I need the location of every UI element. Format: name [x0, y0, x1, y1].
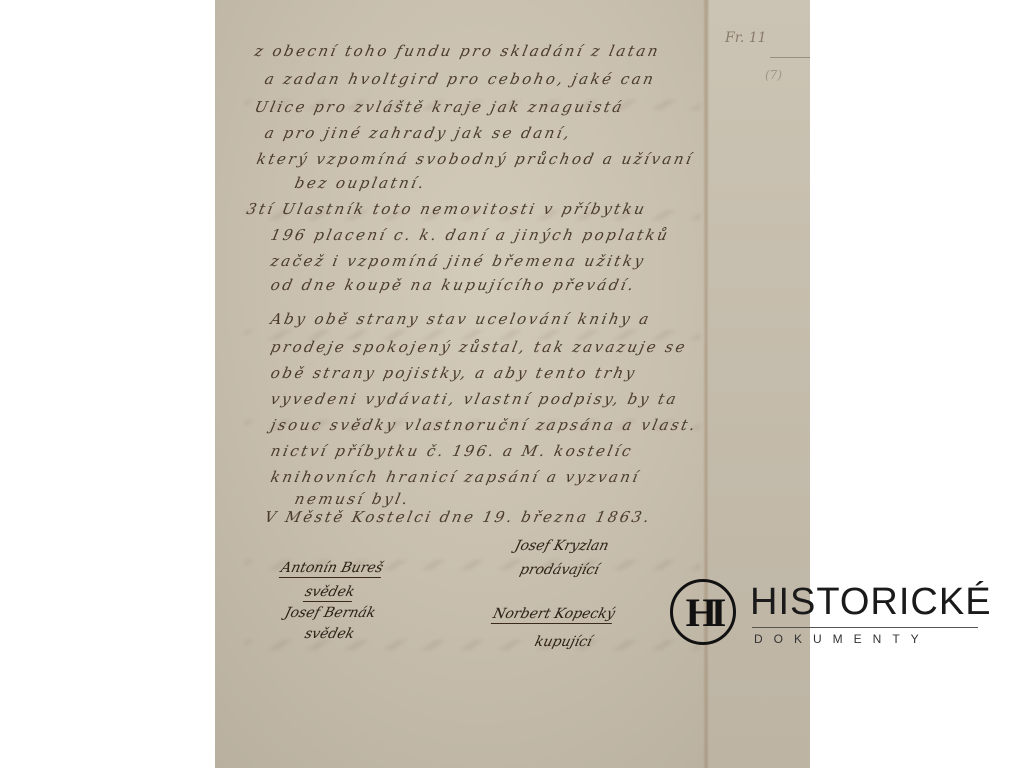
manuscript-line: bez ouplatní. — [293, 174, 747, 192]
manuscript-line: nictví příbytku č. 196. a M. kostelíc — [269, 442, 723, 460]
manuscript-line: vyvedeni vydávati, vlastní podpisy, by t… — [269, 390, 723, 408]
margin-note: Fr. 11 — [725, 30, 767, 46]
manuscript-line: a pro jiné zahrady jak se daní, — [263, 124, 717, 142]
manuscript-line: z obecní toho fundu pro skladání z latan — [253, 42, 707, 60]
buyer-role: kupující — [533, 634, 594, 650]
manuscript-line: jsouc svědky vlastnoruční zapsána a vlas… — [269, 416, 723, 434]
manuscript-line: který vzpomíná svobodný průchod a užívan… — [255, 150, 709, 168]
margin-note-2: (7) — [765, 68, 782, 82]
witness-1-role: svědek — [303, 584, 357, 602]
watermark-title: HISTORICKÉ — [750, 582, 992, 622]
manuscript-line: Aby obě strany stav ucelování knihy a — [269, 310, 723, 328]
manuscript-line: začež i vzpomíná jiné břemena užitky — [269, 252, 723, 270]
margin-rule — [770, 57, 810, 58]
manuscript-line: a zadan hvoltgird pro ceboho, jaké can — [263, 70, 717, 88]
manuscript-line: prodeje spokojený zůstal, tak zavazuje s… — [269, 338, 723, 356]
date-line: V Městě Kostelci dne 19. března 1863. — [263, 508, 717, 526]
signature-buyer: Norbert Kopecký — [491, 606, 617, 624]
manuscript-line: knihovních hranicí zapsání a vyzvaní — [269, 468, 723, 486]
manuscript-line: nemusí byl. — [293, 490, 747, 508]
signature-witness-1: Antonín Bureš — [279, 560, 385, 578]
manuscript-line: Ulice pro zvláště kraje jak znaguistá — [253, 98, 707, 116]
watermark-subtitle: DOKUMENTY — [754, 632, 930, 646]
manuscript-line: obě strany pojistky, a aby tento trhy — [269, 364, 723, 382]
manuscript-line: od dne koupě na kupujícího převádí. — [269, 276, 723, 294]
monogram-icon: HI — [670, 579, 736, 645]
signature-seller: Josef Kryzlan — [513, 538, 610, 554]
witness-2-role: svědek — [303, 626, 356, 642]
signature-witness-2: Josef Bernák — [283, 605, 377, 621]
watermark-rule — [752, 627, 978, 628]
manuscript-line: 196 placení c. k. daní a jiných poplatků — [269, 226, 723, 244]
manuscript-line: 3tí Ulastník toto nemovitosti v příbytku — [245, 200, 699, 218]
watermark-logo: HI HISTORICKÉ DOKUMENTY — [668, 577, 988, 657]
seller-role: prodávající — [518, 562, 601, 578]
